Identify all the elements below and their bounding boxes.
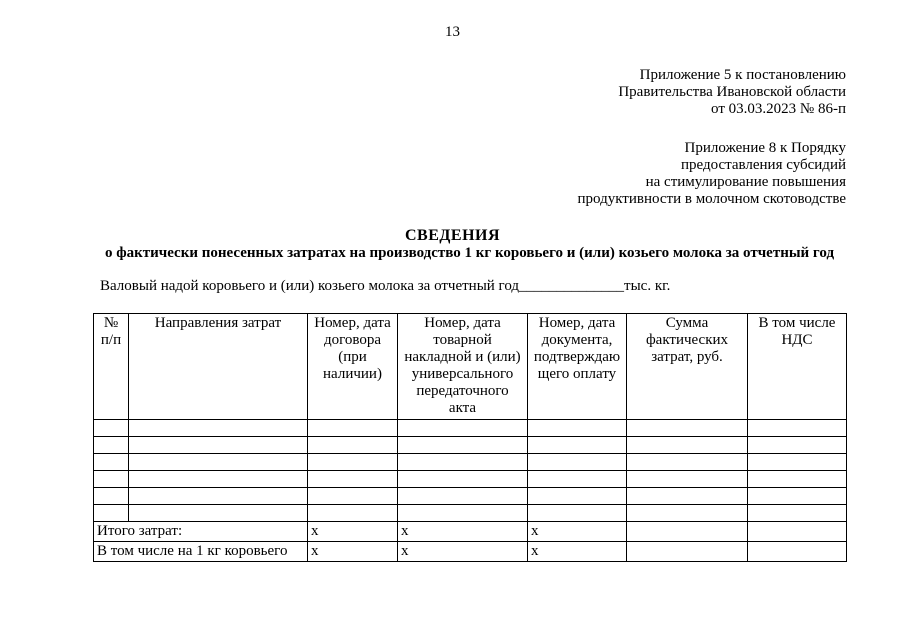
table-row: [94, 471, 847, 488]
empty-cell: [94, 454, 129, 471]
page-number: 13: [0, 0, 905, 41]
gross-yield-label: Валовый надой коровьего и (или) козьего …: [100, 278, 519, 294]
empty-cell: [748, 454, 847, 471]
table-row: В том числе на 1 кг коровьегоххх: [94, 542, 847, 562]
empty-cell: [748, 488, 847, 505]
empty-cell: [129, 488, 308, 505]
empty-cell: [627, 420, 748, 437]
column-header: Номер, дата товарной накладной и (или) у…: [398, 314, 528, 420]
gross-yield-units: тыс. кг.: [624, 278, 670, 294]
appendix-reference-1: Приложение 5 к постановлениюПравительств…: [0, 67, 846, 118]
footer-cell: х: [308, 542, 398, 562]
empty-cell: [308, 488, 398, 505]
empty-cell: [627, 505, 748, 522]
appendix-reference-2: Приложение 8 к Порядкупредоставления суб…: [0, 140, 846, 208]
empty-cell: [129, 454, 308, 471]
empty-cell: [528, 471, 627, 488]
footer-cell: х: [398, 522, 528, 542]
gross-yield-line: Валовый надой коровьего и (или) козьего …: [100, 278, 846, 295]
empty-cell: [308, 505, 398, 522]
empty-cell: [528, 420, 627, 437]
empty-cell: [748, 505, 847, 522]
table-row: [94, 437, 847, 454]
footer-cell: х: [528, 542, 627, 562]
empty-cell: [308, 437, 398, 454]
empty-cell: [129, 420, 308, 437]
empty-cell: [129, 437, 308, 454]
empty-cell: [627, 454, 748, 471]
empty-cell: [129, 505, 308, 522]
row-label: Итого затрат:: [94, 522, 308, 542]
empty-cell: [398, 488, 528, 505]
empty-cell: [528, 437, 627, 454]
row-label: В том числе на 1 кг коровьего: [94, 542, 308, 562]
empty-cell: [398, 505, 528, 522]
table-row: [94, 454, 847, 471]
empty-cell: [398, 420, 528, 437]
empty-cell: [528, 488, 627, 505]
empty-cell: [398, 471, 528, 488]
costs-table: № п/пНаправления затратНомер, дата догов…: [93, 313, 847, 562]
column-header: Номер, дата договора (при наличии): [308, 314, 398, 420]
footer-cell: х: [398, 542, 528, 562]
empty-cell: [308, 454, 398, 471]
empty-cell: [94, 471, 129, 488]
footer-cell: [748, 542, 847, 562]
table-row: [94, 420, 847, 437]
table-row: [94, 505, 847, 522]
empty-cell: [398, 454, 528, 471]
empty-cell: [748, 437, 847, 454]
empty-cell: [94, 505, 129, 522]
column-header: Номер, дата документа, подтверждаю​щего …: [528, 314, 627, 420]
text-line: продуктивности в молочном скотоводстве: [0, 191, 846, 208]
text-line: Приложение 8 к Порядку: [0, 140, 846, 157]
footer-cell: [627, 522, 748, 542]
empty-cell: [627, 437, 748, 454]
text-line: Приложение 5 к постановлению: [0, 67, 846, 84]
text-line: на стимулирование повышения: [0, 174, 846, 191]
footer-cell: [748, 522, 847, 542]
empty-cell: [94, 420, 129, 437]
footer-cell: х: [528, 522, 627, 542]
empty-cell: [308, 471, 398, 488]
empty-cell: [627, 471, 748, 488]
column-header: Направления затрат: [129, 314, 308, 420]
table-row: Итого затрат:ххх: [94, 522, 847, 542]
footer-cell: [627, 542, 748, 562]
document-title: СВЕДЕНИЯ: [0, 227, 905, 244]
empty-cell: [94, 488, 129, 505]
document-subtitle: о фактически понесенных затратах на прои…: [84, 245, 855, 262]
table-row: [94, 488, 847, 505]
empty-cell: [528, 505, 627, 522]
column-header: № п/п: [94, 314, 129, 420]
empty-cell: [129, 471, 308, 488]
empty-cell: [94, 437, 129, 454]
empty-cell: [528, 454, 627, 471]
empty-cell: [627, 488, 748, 505]
empty-cell: [308, 420, 398, 437]
empty-cell: [398, 437, 528, 454]
footer-cell: х: [308, 522, 398, 542]
text-line: предоставления субсидий: [0, 157, 846, 174]
gross-yield-blank-field: ______________: [519, 278, 624, 294]
text-line: от 03.03.2023 № 86-п: [0, 101, 846, 118]
text-line: Правительства Ивановской области: [0, 84, 846, 101]
table-header-row: № п/пНаправления затратНомер, дата догов…: [94, 314, 847, 420]
empty-cell: [748, 420, 847, 437]
document-page: 13 Приложение 5 к постановлениюПравитель…: [0, 0, 905, 640]
column-header: Сумма фактических затрат, руб.: [627, 314, 748, 420]
column-header: В том числе НДС: [748, 314, 847, 420]
empty-cell: [748, 471, 847, 488]
